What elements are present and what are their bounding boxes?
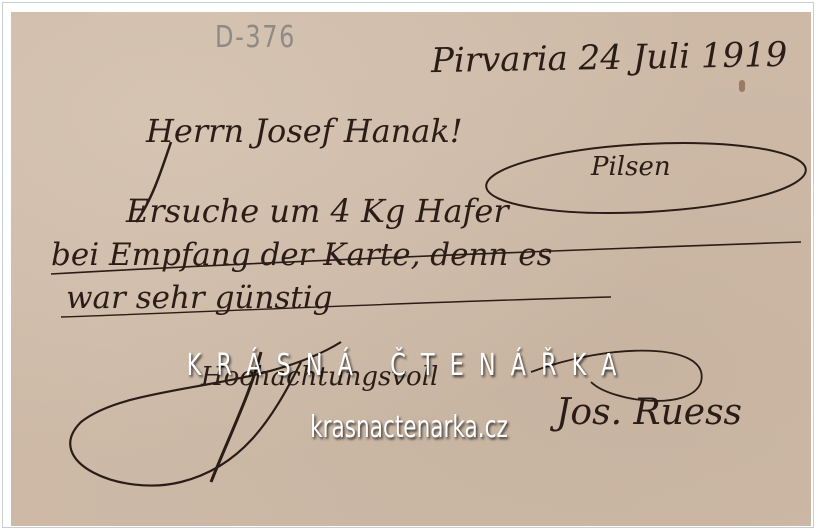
handwritten-line-3: war sehr günstig [66, 280, 332, 316]
image-frame: D-376 Pirvaria 24 Juli 1919 Herrn Josef … [2, 2, 814, 528]
handwritten-date-line: Pirvaria 24 Juli 1919 [431, 35, 788, 81]
handwritten-place-note: Pilsen [591, 152, 671, 182]
paper-stain [739, 80, 745, 92]
handwritten-greeting: Herrn Josef Hanak! [146, 112, 463, 150]
handwritten-line-2: bei Empfang der Karte, denn es [51, 237, 553, 273]
watermark-url: krasnactenarka.cz [115, 410, 704, 445]
archive-mark: D-376 [215, 20, 296, 55]
watermark-title: KRÁSNÁ ČTENÁŘKA [102, 348, 716, 383]
postcard-image: D-376 Pirvaria 24 Juli 1919 Herrn Josef … [11, 12, 811, 526]
handwritten-line-1: Ersuche um 4 Kg Hafer [126, 192, 509, 230]
